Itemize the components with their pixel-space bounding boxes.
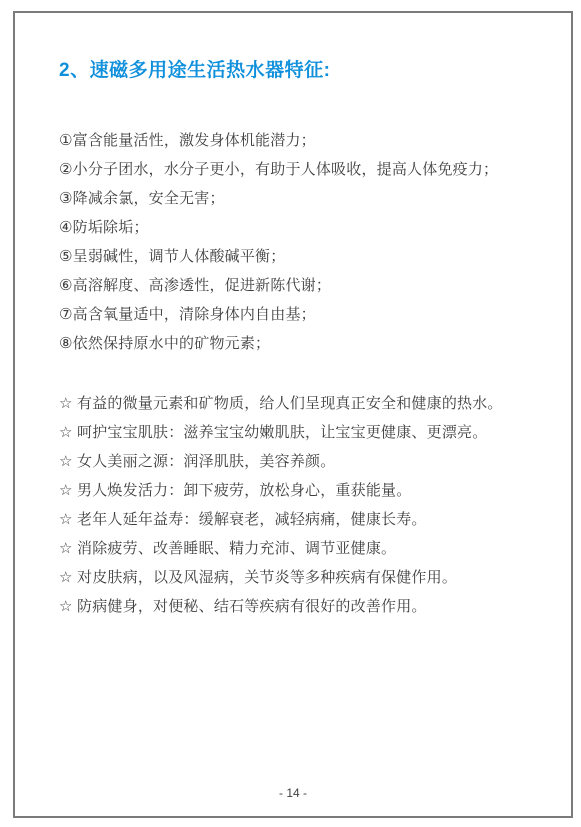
benefit-item: ☆ 老年人延年益寿：缓解衰老，减轻病痛，健康长寿。 <box>59 505 541 534</box>
numbered-feature-item: ③降减余氯，安全无害； <box>59 184 541 213</box>
benefit-list: ☆ 有益的微量元素和矿物质，给人们呈现真正安全和健康的热水。☆ 呵护宝宝肌肤：滋… <box>59 389 541 621</box>
benefit-item: ☆ 女人美丽之源：润泽肌肤，美容养颜。 <box>59 447 541 476</box>
benefit-item: ☆ 男人焕发活力：卸下疲劳，放松身心，重获能量。 <box>59 476 541 505</box>
benefit-item: ☆ 消除疲劳、改善睡眠、精力充沛、调节亚健康。 <box>59 534 541 563</box>
page-number: - 14 - <box>15 786 571 800</box>
numbered-feature-item: ②小分子团水，水分子更小，有助于人体吸收，提高人体免疫力； <box>59 155 541 184</box>
benefit-item: ☆ 对皮肤病，以及风湿病，关节炎等多种疾病有保健作用。 <box>59 563 541 592</box>
benefit-item: ☆ 呵护宝宝肌肤：滋养宝宝幼嫩肌肤，让宝宝更健康、更漂亮。 <box>59 418 541 447</box>
document-page-border: 2、速磁多用途生活热水器特征: ①富含能量活性，激发身体机能潜力；②小分子团水，… <box>13 11 573 818</box>
section-title: 2、速磁多用途生活热水器特征: <box>59 60 526 82</box>
benefit-item: ☆ 防病健身，对便秘、结石等疾病有很好的改善作用。 <box>59 592 541 621</box>
numbered-feature-item: ⑥高溶解度、高渗透性，促进新陈代谢； <box>59 271 541 300</box>
numbered-feature-item: ⑤呈弱碱性，调节人体酸碱平衡； <box>59 242 541 271</box>
benefit-item: ☆ 有益的微量元素和矿物质，给人们呈现真正安全和健康的热水。 <box>59 389 541 418</box>
numbered-feature-item: ⑦高含氧量适中，清除身体内自由基； <box>59 300 541 329</box>
numbered-feature-item: ①富含能量活性，激发身体机能潜力； <box>59 126 541 155</box>
numbered-feature-item: ⑧依然保持原水中的矿物元素； <box>59 329 541 358</box>
numbered-feature-item: ④防垢除垢； <box>59 213 541 242</box>
numbered-feature-list: ①富含能量活性，激发身体机能潜力；②小分子团水，水分子更小，有助于人体吸收，提高… <box>59 126 541 358</box>
